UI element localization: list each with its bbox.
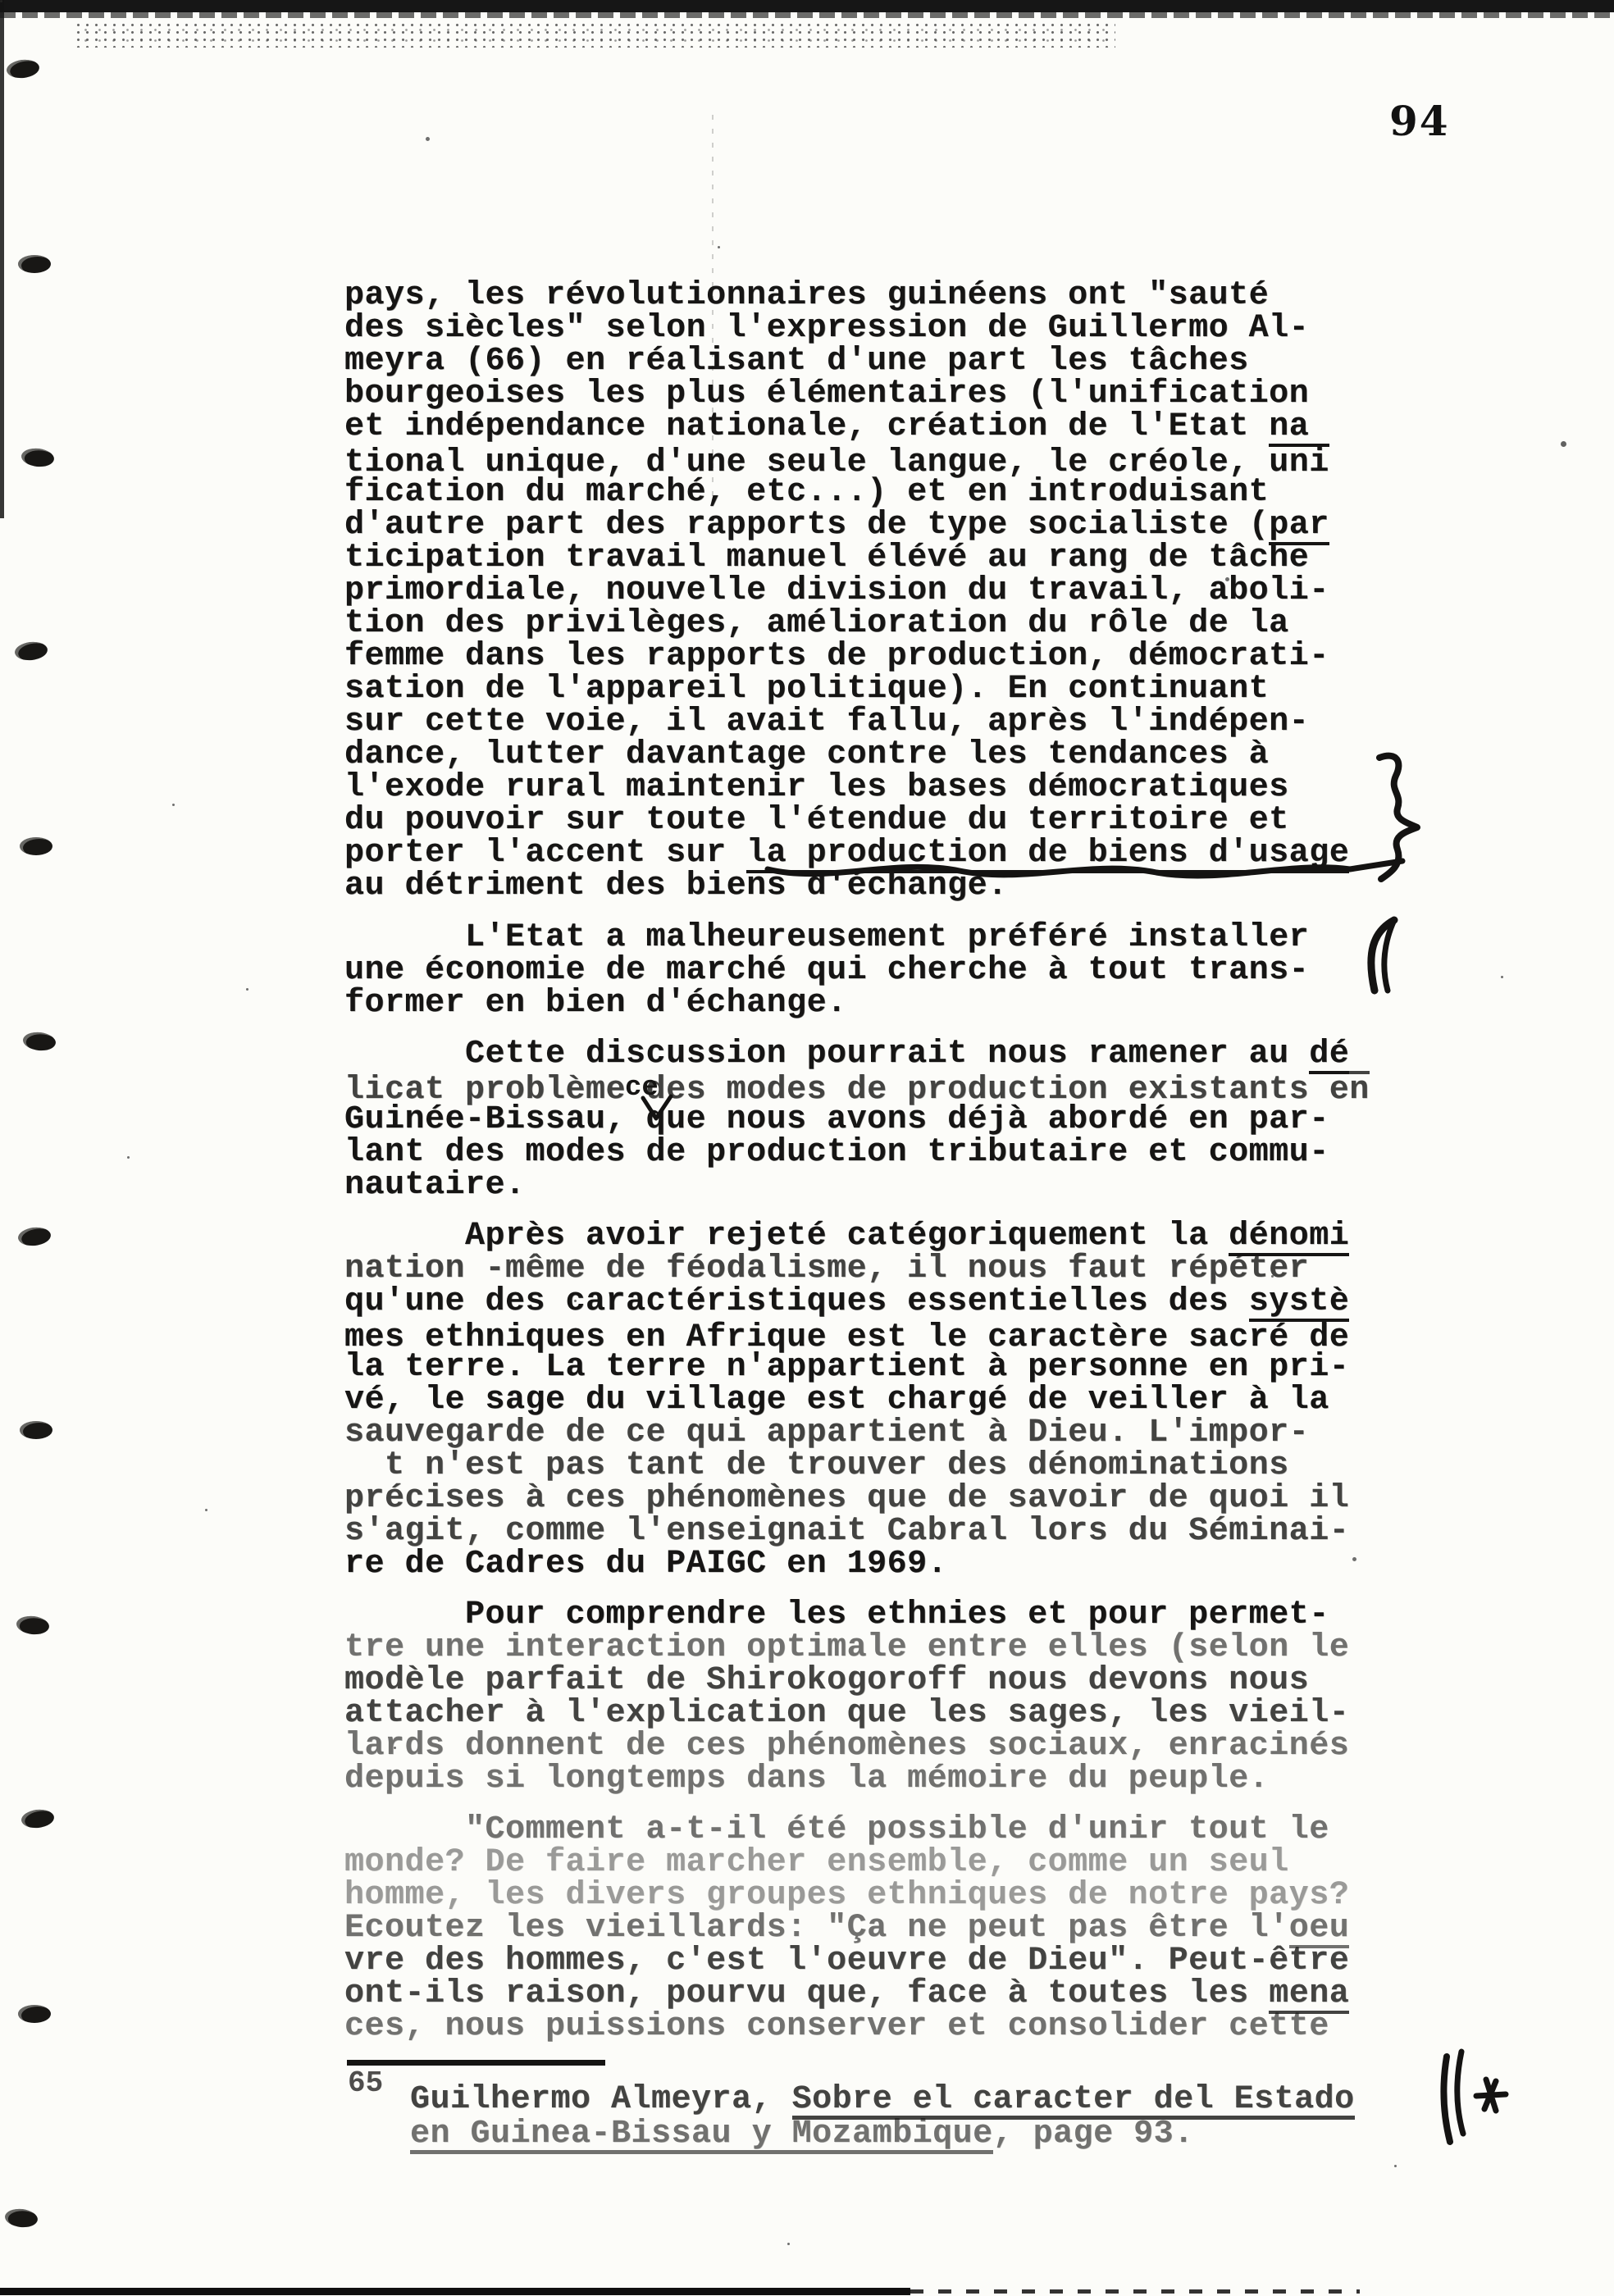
- text-segment: monde? De faire marcher ensemble, comme …: [344, 1847, 1289, 1879]
- text-line: femme dans les rapports de production, d…: [344, 640, 1349, 673]
- text-segment: Après avoir rejeté catégoriquement la: [344, 1220, 1229, 1253]
- text-segment: ont-ils raison, pourvu que, face à toute…: [344, 1978, 1269, 2011]
- text-segment: Cette discussion pourrait nous ramener a…: [344, 1038, 1309, 1071]
- text-line: modèle parfait de Shirokogoroff nous dev…: [344, 1665, 1349, 1697]
- text-line: des siècles" selon l'expression de Guill…: [344, 312, 1349, 345]
- text-line: et indépendance nationale, création de l…: [344, 411, 1349, 444]
- text-segment: uni: [1269, 444, 1329, 480]
- binding-hole-icon: [21, 447, 55, 468]
- text-line: monde? De faire marcher ensemble, comme …: [344, 1847, 1349, 1879]
- text-line: ont-ils raison, pourvu que, face à toute…: [344, 1978, 1349, 2011]
- paragraph: Après avoir rejeté catégoriquement la dé…: [344, 1220, 1349, 1581]
- text-line: qu'une des caractéristiques essentielles…: [344, 1286, 1349, 1319]
- scanned-document-page: 94 pays, les révolutionnaires guinéens o…: [0, 0, 1614, 2296]
- text-line: vre des hommes, c'est l'oeuvre de Dieu".…: [344, 1945, 1349, 1978]
- text-line: re de Cadres du PAIGC en 1969.: [344, 1548, 1349, 1581]
- text-segment: ticipation travail manuel élévé au rang …: [344, 542, 1309, 575]
- text-segment: précises à ces phénomènes que de savoir …: [344, 1483, 1349, 1515]
- text-line: former en bien d'échange.: [344, 987, 1309, 1020]
- text-segment: meyra (66) en réalisant d'une part les t…: [344, 345, 1249, 378]
- paragraph: Pour comprendre les ethnies et pour perm…: [344, 1599, 1349, 1796]
- paragraph: Cette discussion pourrait nous ramener a…: [344, 1038, 1370, 1202]
- text-segment: d'autre part des rapports de type social…: [344, 509, 1269, 542]
- text-line: depuis si longtemps dans la mémoire du p…: [344, 1763, 1349, 1796]
- text-segment: l'exode rural maintenir les bases démocr…: [344, 772, 1289, 804]
- text-segment: nation -même de féodalisme, il nous faut…: [344, 1253, 1309, 1286]
- text-line: précises à ces phénomènes que de savoir …: [344, 1483, 1349, 1515]
- binding-hole-icon: [22, 1031, 57, 1052]
- text-segment: une économie de marché qui cherche à tou…: [344, 954, 1309, 987]
- text-line: d'autre part des rapports de type social…: [344, 509, 1349, 542]
- text-line: L'Etat a malheureusement préféré install…: [344, 922, 1309, 954]
- text-segment: sation de l'appareil politique). En cont…: [344, 673, 1269, 706]
- text-segment: du pouvoir sur toute l'étendue du territ…: [344, 804, 1289, 837]
- text-segment: porter l'accent sur: [344, 837, 746, 870]
- scan-bottom-edge-dashes: [910, 2289, 1360, 2294]
- text-line: sation de l'appareil politique). En cont…: [344, 673, 1349, 706]
- text-segment: en Guinea-Bissau y Mozambique: [410, 2117, 993, 2154]
- text-segment: fication du marché, etc...) et en introd…: [344, 476, 1269, 509]
- binding-hole-icon: [21, 1808, 55, 1829]
- text-segment: lards donnent de ces phénomènes sociaux,…: [344, 1730, 1349, 1763]
- text-segment: "Comment a-t-il été possible d'unir tout…: [344, 1814, 1329, 1847]
- text-segment: licat problème des modes de production e…: [344, 1074, 1329, 1107]
- text-line: mes ethniques en Afrique est le caractèr…: [344, 1319, 1349, 1351]
- text-segment: re de Cadres du PAIGC en 1969.: [344, 1548, 947, 1581]
- scan-bottom-edge-band: [0, 2288, 910, 2295]
- paragraph: "Comment a-t-il été possible d'unir tout…: [344, 1814, 1349, 2043]
- text-line: ces, nous puissions conserver et consoli…: [344, 2011, 1349, 2043]
- text-segment: des siècles" selon l'expression de Guill…: [344, 312, 1309, 345]
- text-segment: former en bien d'échange.: [344, 987, 847, 1020]
- wavy-underline-icon: [763, 850, 1412, 887]
- footnote-separator-rule: [347, 2060, 605, 2066]
- binding-hole-icon: [20, 837, 52, 855]
- text-line: t n'est pas tant de trouver des dénomina…: [344, 1450, 1349, 1483]
- footnote-pen-marks-icon: [1429, 2047, 1514, 2148]
- text-segment: tion des privilèges, amélioration du rôl…: [344, 608, 1289, 640]
- text-line: sauvegarde de ce qui appartient à Dieu. …: [344, 1417, 1349, 1450]
- text-segment: s'agit, comme l'enseignait Cabral lors d…: [344, 1515, 1349, 1548]
- binding-hole-icon: [18, 255, 51, 273]
- text-line: en Guinea-Bissau y Mozambique, page 93.: [410, 2117, 1355, 2152]
- text-segment: Ecoutez les vieillards: "Ça ne peut pas …: [344, 1912, 1289, 1945]
- text-segment: t n'est pas tant de trouver des dénomina…: [344, 1450, 1289, 1483]
- text-segment: dé: [1309, 1038, 1349, 1074]
- text-segment: modèle parfait de Shirokogoroff nous dev…: [344, 1665, 1309, 1697]
- text-segment: L'Etat a malheureusement préféré install…: [344, 922, 1309, 954]
- scan-left-edge-line: [0, 0, 4, 518]
- text-line: du pouvoir sur toute l'étendue du territ…: [344, 804, 1349, 837]
- text-line: Guinée-Bissau, que nous avons déjà abord…: [344, 1104, 1370, 1137]
- text-segment: systè: [1249, 1286, 1350, 1322]
- text-line: licat problème des modes de production e…: [344, 1071, 1370, 1104]
- text-segment: vé, le sage du village est chargé de vei…: [344, 1384, 1329, 1417]
- binding-hole-icon: [18, 2005, 51, 2023]
- binding-hole-icon: [16, 1615, 50, 1636]
- text-line: Cette discussion pourrait nous ramener a…: [344, 1038, 1370, 1071]
- text-line: lant des modes de production tributaire …: [344, 1137, 1370, 1169]
- text-line: sur cette voie, il avait fallu, après l'…: [344, 706, 1349, 739]
- text-line: nation -même de féodalisme, il nous faut…: [344, 1253, 1349, 1286]
- binding-hole-icon: [14, 640, 48, 662]
- text-segment: pays, les révolutionnaires guinéens ont …: [344, 280, 1269, 312]
- dust-specks: [0, 0, 2, 2]
- text-line: tional unique, d'une seule langue, le cr…: [344, 444, 1349, 476]
- text-line: vé, le sage du village est chargé de vei…: [344, 1384, 1349, 1417]
- text-segment: dance, lutter davantage contre les tenda…: [344, 739, 1269, 772]
- text-segment: sur cette voie, il avait fallu, après l'…: [344, 706, 1309, 739]
- text-line: homme, les divers groupes ethniques de n…: [344, 1879, 1349, 1912]
- footnote-text: Guilhermo Almeyra, Sobre el caracter del…: [410, 2083, 1355, 2152]
- text-segment: bourgeoises les plus élémentaires (l'uni…: [344, 378, 1309, 411]
- text-segment: la terre. La terre n'appartient à person…: [344, 1351, 1349, 1384]
- text-segment: femme dans les rapports de production, d…: [344, 640, 1329, 673]
- text-line: meyra (66) en réalisant d'une part les t…: [344, 345, 1349, 378]
- text-segment: tre une interaction optimale entre elles…: [344, 1632, 1349, 1665]
- text-segment: lant des modes de production tributaire …: [344, 1137, 1329, 1169]
- text-line: Ecoutez les vieillards: "Ça ne peut pas …: [344, 1912, 1349, 1945]
- text-segment: depuis si longtemps dans la mémoire du p…: [344, 1763, 1269, 1796]
- text-line: "Comment a-t-il été possible d'unir tout…: [344, 1814, 1349, 1847]
- text-segment: Guinée-Bissau, que nous avons déjà abord…: [344, 1104, 1329, 1137]
- text-line: Après avoir rejeté catégoriquement la dé…: [344, 1220, 1349, 1253]
- text-line: la terre. La terre n'appartient à person…: [344, 1351, 1349, 1384]
- text-segment: nautaire.: [344, 1169, 526, 1202]
- text-line: Guilhermo Almeyra, Sobre el caracter del…: [410, 2083, 1355, 2117]
- page-number: 94: [1389, 97, 1450, 145]
- text-segment: ces, nous puissions conserver et consoli…: [344, 2011, 1329, 2043]
- text-line: pays, les révolutionnaires guinéens ont …: [344, 280, 1349, 312]
- text-line: Pour comprendre les ethnies et pour perm…: [344, 1599, 1349, 1632]
- text-line: lards donnent de ces phénomènes sociaux,…: [344, 1730, 1349, 1763]
- text-segment: attacher à l'explication que les sages, …: [344, 1697, 1349, 1730]
- text-line: l'exode rural maintenir les bases démocr…: [344, 772, 1349, 804]
- text-segment: , page 93.: [993, 2117, 1194, 2150]
- text-segment: homme, les divers groupes ethniques de n…: [344, 1879, 1349, 1912]
- binding-hole-icon: [20, 1421, 52, 1439]
- footnote-number: 65: [348, 2066, 383, 2100]
- text-line: une économie de marché qui cherche à tou…: [344, 954, 1309, 987]
- text-line: attacher à l'explication que les sages, …: [344, 1697, 1349, 1730]
- text-segment: Sobre el caracter del Estado: [792, 2083, 1355, 2120]
- text-segment: vre des hommes, c'est l'oeuvre de Dieu".…: [344, 1945, 1349, 1978]
- text-segment: sauvegarde de ce qui appartient à Dieu. …: [344, 1417, 1309, 1450]
- text-line: tion des privilèges, amélioration du rôl…: [344, 608, 1349, 640]
- text-segment: na: [1269, 411, 1309, 447]
- text-segment: Pour comprendre les ethnies et pour perm…: [344, 1599, 1329, 1632]
- text-line: ticipation travail manuel élévé au rang …: [344, 542, 1349, 575]
- text-line: s'agit, comme l'enseignait Cabral lors d…: [344, 1515, 1349, 1548]
- paragraph: pays, les révolutionnaires guinéens ont …: [344, 280, 1349, 903]
- scan-top-speckle: [74, 21, 1115, 48]
- pen-stroke-installer-icon: [1355, 913, 1409, 999]
- text-line: nautaire.: [344, 1169, 1370, 1202]
- paragraph: L'Etat a malheureusement préféré install…: [344, 922, 1309, 1020]
- text-line: tre une interaction optimale entre elles…: [344, 1632, 1349, 1665]
- text-segment: et indépendance nationale, création de l…: [344, 411, 1269, 444]
- text-line: primordiale, nouvelle division du travai…: [344, 575, 1349, 608]
- binding-hole-icon: [4, 2207, 39, 2229]
- text-segment: en: [1329, 1071, 1370, 1107]
- binding-hole-icon: [6, 58, 40, 80]
- text-segment: qu'une des caractéristiques essentielles…: [344, 1286, 1249, 1319]
- binding-hole-icon: [17, 1226, 52, 1247]
- text-segment: Guilhermo Almeyra,: [410, 2083, 792, 2116]
- caret-insertion-icon: [638, 1094, 677, 1123]
- text-line: dance, lutter davantage contre les tenda…: [344, 739, 1349, 772]
- text-segment: primordiale, nouvelle division du travai…: [344, 575, 1329, 608]
- text-line: fication du marché, etc...) et en introd…: [344, 476, 1349, 509]
- text-line: bourgeoises les plus élémentaires (l'uni…: [344, 378, 1349, 411]
- scan-top-edge-ragged: [0, 11, 1614, 18]
